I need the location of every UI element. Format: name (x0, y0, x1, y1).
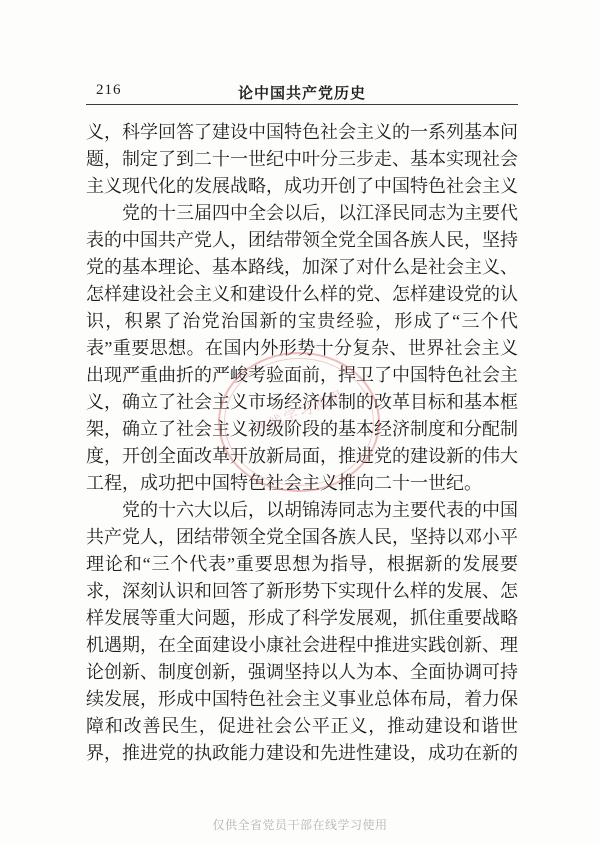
text-line: 表的中国共产党人，团结带领全党全国各族人民，坚持 (86, 227, 518, 254)
text-line: 党的十三届四中全会以后，以江泽民同志为主要代 (86, 200, 518, 227)
text-line: 出现严重曲折的严峻考验面前，捍卫了中国特色社会主 (86, 362, 518, 389)
text-line: 题，制定了到二十一世纪中叶分三步走、基本实现社会 (86, 146, 518, 173)
paragraph-2: 党的十三届四中全会以后，以江泽民同志为主要代 表的中国共产党人，团结带领全党全国… (86, 200, 518, 497)
header-rule (86, 104, 518, 105)
book-page: 216 论中国共产党历史 义，科学回答了建设中国特色社会主义的一系列基本问 题，… (0, 0, 600, 843)
paragraph-3: 党的十六大以后，以胡锦涛同志为主要代表的中国 共产党人，团结带领全党全国各族人民… (86, 497, 518, 767)
text-line: 度，开创全面改革开放新局面，推进党的建设新的伟大 (86, 443, 518, 470)
body-text: 义，科学回答了建设中国特色社会主义的一系列基本问 题，制定了到二十一世纪中叶分三… (86, 119, 518, 767)
text-line: 义，确立了社会主义市场经济体制的改革目标和基本框 (86, 389, 518, 416)
text-line: 求，深刻认识和回答了新形势下实现什么样的发展、怎 (86, 578, 518, 605)
text-line: 党的十六大以后，以胡锦涛同志为主要代表的中国 (86, 497, 518, 524)
text-line: 机遇期，在全面建设小康社会进程中推进实践创新、理 (86, 632, 518, 659)
text-line: 样发展等重大问题，形成了科学发展观，抓住重要战略 (86, 605, 518, 632)
paragraph-1: 义，科学回答了建设中国特色社会主义的一系列基本问 题，制定了到二十一世纪中叶分三… (86, 119, 518, 200)
text-line: 续发展，形成中国特色社会主义事业总体布局，着力保 (86, 686, 518, 713)
text-line: 主义现代化的发展战略，成功开创了中国特色社会主义。 (86, 173, 518, 200)
text-line: 共产党人，团结带领全党全国各族人民，坚持以邓小平 (86, 524, 518, 551)
text-line: 怎样建设社会主义和建设什么样的党、怎样建设党的认 (86, 281, 518, 308)
footer-watermark: 仅供全省党员干部在线学习使用 (0, 816, 600, 833)
text-line: 识，积累了治党治国新的宝贵经验，形成了“三个代 (86, 308, 518, 335)
text-line: 义，科学回答了建设中国特色社会主义的一系列基本问 (86, 119, 518, 146)
text-line: 表”重要思想。在国内外形势十分复杂、世界社会主义 (86, 335, 518, 362)
text-line: 障和改善民生，促进社会公平正义，推动建设和谐世 (86, 713, 518, 740)
running-head: 216 论中国共产党历史 (86, 82, 518, 102)
text-line: 理论和“三个代表”重要思想为指导，根据新的发展要 (86, 551, 518, 578)
text-line: 工程，成功把中国特色社会主义推向二十一世纪。 (86, 470, 518, 497)
book-title: 论中国共产党历史 (86, 82, 518, 103)
text-line: 党的基本理论、基本路线，加深了对什么是社会主义、 (86, 254, 518, 281)
text-line: 界，推进党的执政能力建设和先进性建设，成功在新的 (86, 740, 518, 767)
text-line: 架，确立了社会主义初级阶段的基本经济制度和分配制 (86, 416, 518, 443)
text-line: 论创新、制度创新，强调坚持以人为本、全面协调可持 (86, 659, 518, 686)
